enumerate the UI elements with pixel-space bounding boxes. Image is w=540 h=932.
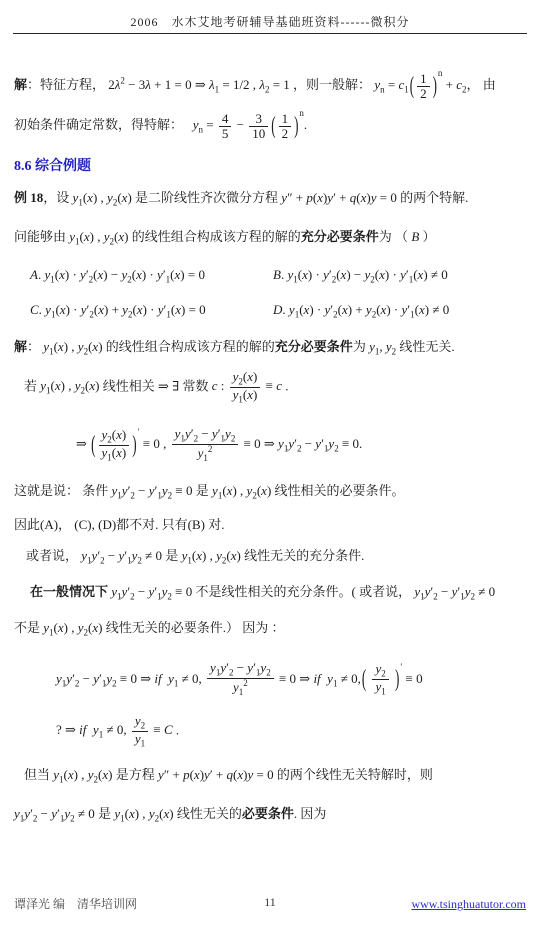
solution-line-8: 不是 y1(x) , y2(x) 线性无关的必要条件.） 因为 ：	[14, 620, 526, 639]
option-c: C. y1(x) · y′2(x) + y2(x) · y′1(x) = 0	[30, 302, 273, 321]
document-page: 2006 水木艾地考研辅导基础班资料------微积分 解：特征方程， 2λ2 …	[0, 0, 540, 932]
example-statement: 例 18，设 y1(x) , y2(x) 是二阶线性齐次微分方程 y″ + p(…	[14, 190, 526, 209]
solution-line-2: 若 y1(x) , y2(x) 线性相关 ⇒ ∃ 常数 c : y2(x)y1(…	[14, 370, 526, 405]
page-footer: 谭泽光 编 清华培训网 11 www.tsinghuatutor.com	[0, 895, 540, 912]
footer-site-link[interactable]: www.tsinghuatutor.com	[411, 897, 526, 912]
page-content: 解：特征方程， 2λ2 − 3λ + 1 = 0 ⇒ λ1 = 1/2 , λ2…	[0, 68, 540, 825]
prev-solution-line-1: 解：特征方程， 2λ2 − 3λ + 1 = 0 ⇒ λ1 = 1/2 , λ2…	[14, 68, 526, 100]
header-rule	[13, 33, 527, 34]
solution-line-11: 但当 y1(x) , y2(x) 是方程 y″ + p(x)y′ + q(x)y…	[14, 767, 526, 786]
solution-line-5: 因此(A)， (C), (D)都不对. 只有(B) 对.	[14, 517, 526, 534]
example-question: 问能够由 y1(x) , y2(x) 的线性组合构成该方程的解的充分必要条件为 …	[14, 229, 526, 248]
solution-line-10: ? ⇒ if y1 ≠ 0, y2y1 ≡ C .	[14, 714, 526, 749]
solution-line-3: ⇒ (y2(x)y1(x))′ ≡ 0 , y1y′2 − y′1y2y12 ≡…	[14, 427, 526, 463]
solution-line-4: 这就是说： 条件 y1y′2 − y′1y2 ≡ 0 是 y1(x) , y2(…	[14, 483, 526, 502]
options-row-2: C. y1(x) · y′2(x) + y2(x) · y′1(x) = 0 D…	[14, 302, 526, 321]
solution-line-6: 或者说， y1y′2 − y′1y2 ≠ 0 是 y1(x) , y2(x) 线…	[14, 548, 526, 567]
option-a: A. y1(x) · y′2(x) − y2(x) · y′1(x) = 0	[30, 267, 273, 286]
footer-page-number: 11	[264, 895, 276, 910]
options-row-1: A. y1(x) · y′2(x) − y2(x) · y′1(x) = 0 B…	[14, 267, 526, 286]
prev-solution-line-2: 初始条件确定常数，得特解： yn = 45 − 310(12)n.	[14, 108, 526, 140]
page-header: 2006 水木艾地考研辅导基础班资料------微积分	[0, 0, 540, 30]
solution-line-1: 解： y1(x) , y2(x) 的线性组合构成该方程的解的充分必要条件为 y1…	[14, 339, 526, 358]
option-b: B. y1(x) · y′2(x) − y2(x) · y′1(x) ≠ 0	[273, 267, 526, 286]
section-heading: 8.6 综合例题	[14, 158, 526, 176]
footer-author: 谭泽光 编 清华培训网	[14, 895, 137, 912]
solution-line-7: 在一般情况下 y1y′2 − y′1y2 ≡ 0 不是线性相关的充分条件。( 或…	[14, 584, 526, 603]
solution-line-12: y1y′2 − y′1y2 ≠ 0 是 y1(x) , y2(x) 线性无关的必…	[14, 806, 526, 825]
header-title: 2006 水木艾地考研辅导基础班资料------微积分	[131, 15, 410, 29]
option-d: D. y1(x) · y′2(x) + y2(x) · y′1(x) ≠ 0	[273, 302, 526, 321]
solution-line-9: y1y′2 − y′1y2 ≡ 0 ⇒ if y1 ≠ 0, y1y′2 − y…	[14, 661, 526, 697]
